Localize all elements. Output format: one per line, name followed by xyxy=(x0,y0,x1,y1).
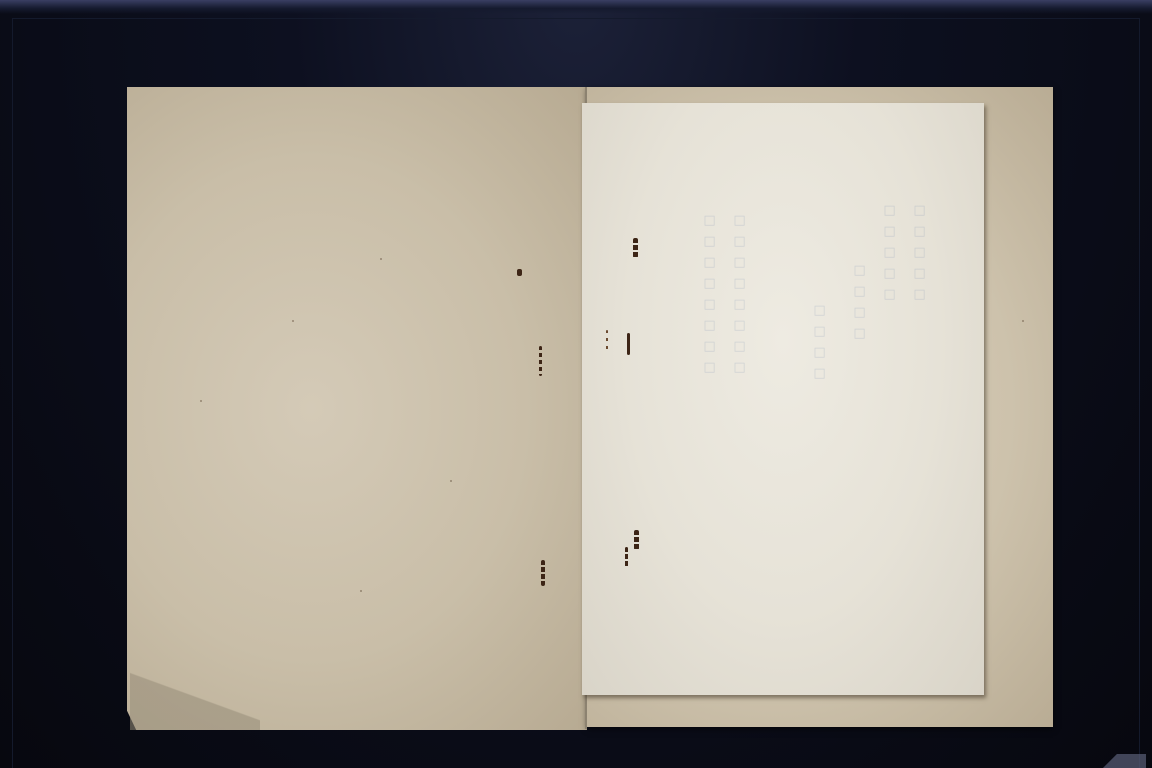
binding-hole xyxy=(625,547,628,567)
binding-hole xyxy=(633,238,638,258)
binding-hole xyxy=(539,346,542,376)
paper-speck xyxy=(360,590,362,592)
binding-hole xyxy=(634,530,639,550)
binding-hole xyxy=(517,269,522,276)
binding-hole xyxy=(627,333,630,355)
bleed-through-text: □□□□□ xyxy=(912,203,927,323)
frame-top-edge xyxy=(0,0,1152,14)
bleed-through-text: □□□□□□□□ xyxy=(732,213,747,433)
paper-speck xyxy=(380,258,382,260)
paper-speck xyxy=(450,480,452,482)
bleed-through-text: □□□□□□□□ xyxy=(702,213,717,433)
bleed-through-text: □□□□ xyxy=(812,303,827,423)
bleed-through-text: □□□□ xyxy=(852,263,867,383)
paper-speck xyxy=(1022,320,1024,322)
folded-corner xyxy=(130,652,260,730)
binding-hole xyxy=(541,560,545,586)
paper-speck xyxy=(200,400,202,402)
inserted-white-sheet: □□□□□ □□□□□ □□□□ □□□□□□□□ □□□□□□□□ □□□□ xyxy=(582,103,984,695)
bleed-through-text: □□□□□ xyxy=(882,203,897,323)
paper-speck xyxy=(292,320,294,322)
frame-corner-highlight xyxy=(1098,754,1146,768)
folder-left-page xyxy=(127,87,587,730)
binding-hole xyxy=(606,330,608,354)
